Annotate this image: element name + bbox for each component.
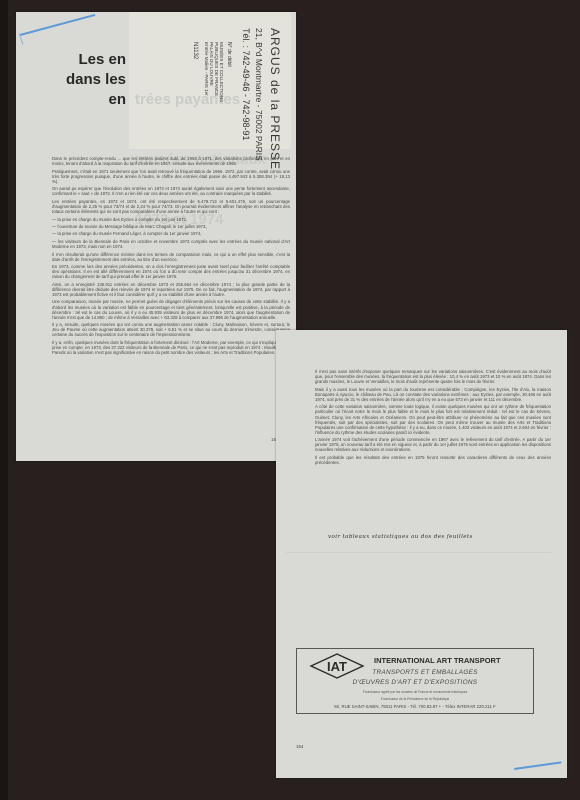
ad-tagline-2: D'ŒUVRES D'ART ET D'EXPOSITIONS <box>297 679 533 686</box>
stamp-number-label: N° de débit <box>226 42 232 67</box>
right-clipping: Il n'est pas sans intérêt d'exposer quel… <box>276 330 567 778</box>
paragraph: — l'ouverture du musée du Message bibliq… <box>52 224 290 229</box>
argus-stamp-address: 21, B^d Montmartre - 75002 PARIS <box>254 28 264 161</box>
paragraph: L'année 1974 voit l'achèvement d'une pér… <box>315 437 551 452</box>
board-edge <box>0 0 8 800</box>
paragraph: Il y a, ensuite, quelques musées qui ont… <box>52 322 290 337</box>
paragraph: — la prise en charge du musée Fernand Lé… <box>52 231 290 236</box>
paragraph: A côté de cette variation saisonnière, s… <box>315 404 551 435</box>
title-line-1: Les en <box>66 50 126 70</box>
title-line-2: dans les <box>66 70 126 90</box>
left-article-body: Dans le précédent compte-rendu ... que l… <box>52 156 290 358</box>
page-number: 154 <box>296 744 304 749</box>
ad-note-1: Fournisseur agréé par les musées de Fran… <box>297 690 533 694</box>
ad-tagline-1: TRANSPORTS ET EMBALLAGES <box>307 669 543 676</box>
argus-stamp-phone: Tél. : 742-49-46 - 742-98-91 <box>241 28 251 141</box>
right-article-body: Il n'est pas sans intérêt d'exposer quel… <box>315 369 551 468</box>
paragraph: Il n'est pas sans intérêt d'exposer quel… <box>315 369 551 384</box>
stamp-publication: MUSÉES ET COLLECTIONS PUBLIQUES DE FRANC… <box>202 42 224 102</box>
iat-advertisement: IAT INTERNATIONAL ART TRANSPORT TRANSPOR… <box>296 648 534 714</box>
paragraph: Les entrées payantes, en 1973 et 1974, o… <box>52 199 290 214</box>
paragraph: Dans le précédent compte-rendu ... que l… <box>52 156 290 166</box>
argus-stamp-name: ARGUS de la PRESSE <box>268 28 282 170</box>
left-clipping: trées payantes musées nationaux 1973 et … <box>16 12 296 461</box>
paragraph: — les visiteurs de la Biennale de Paris … <box>52 239 290 249</box>
paragraph: Il y a, enfin, quelques musées dont la f… <box>52 340 290 355</box>
ad-note-2: Fournisseur de la Présidence de la Répub… <box>297 697 533 701</box>
publication-line: Entrée Molien - PARIS 1er <box>204 42 209 102</box>
paragraph: Pratiquement, c'était en 1971 seulement … <box>52 169 290 184</box>
paragraph: Une comparaison, musée par musée, ne per… <box>52 299 290 319</box>
publication-line: PUBLIQUES DE FRANCE <box>214 42 219 102</box>
paragraph: Ainsi, on a enregistré 136.911 entrées e… <box>52 282 290 297</box>
handwritten-note: voir tableaux statistiques au dos des fe… <box>328 534 473 540</box>
paragraph: En 1973, comme lors des années précédent… <box>52 264 290 279</box>
paragraph: — la prise en charge du musée des Eyzies… <box>52 217 290 222</box>
paragraph: Mais il y a aussi tous les musées où la … <box>315 387 551 402</box>
ad-company-name: INTERNATIONAL ART TRANSPORT <box>374 656 501 665</box>
clipping-number: N1132 <box>192 42 198 59</box>
paragraph: Il n'en résulterait qu'une différence mi… <box>52 252 290 262</box>
paragraph: On aurait pu espérer que l'évolution des… <box>52 186 290 196</box>
paragraph: Il est probable que les résultats des en… <box>315 455 551 465</box>
paper-fold-line <box>286 552 551 553</box>
publication-line: MUSÉES ET COLLECTIONS <box>219 42 224 102</box>
article-title: Les en dans les en <box>66 50 126 110</box>
title-line-3: en <box>66 90 126 110</box>
ad-address: 60, RUE SAINT-SABIN, 75011 PARIS - Tél. … <box>297 704 533 709</box>
